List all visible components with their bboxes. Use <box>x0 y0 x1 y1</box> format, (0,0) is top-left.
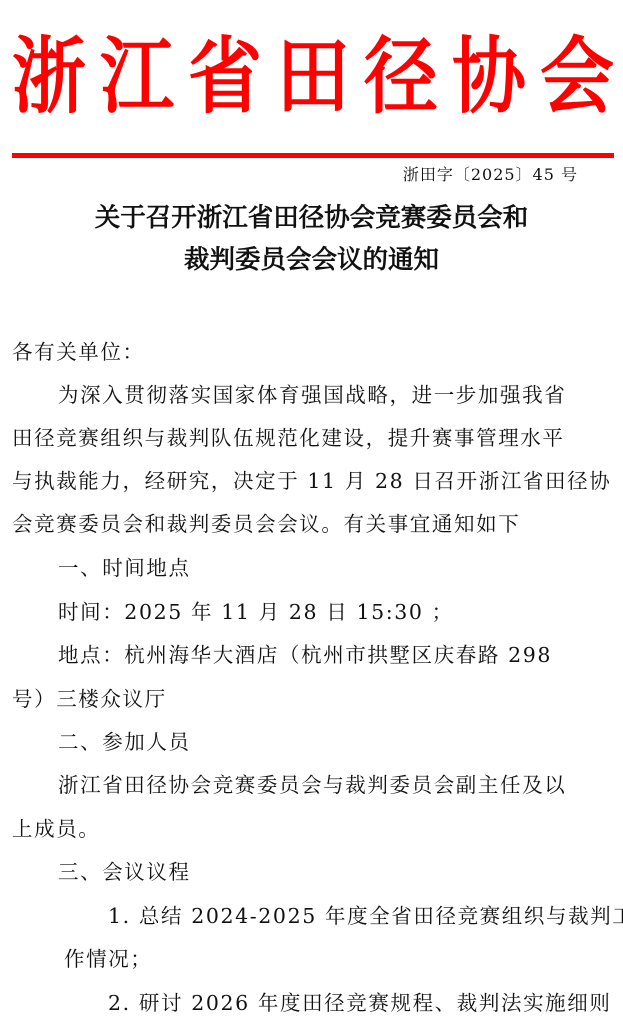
masthead-char: 田 <box>276 36 350 119</box>
document-title-line2: 裁判委员会会议的通知 <box>0 240 623 276</box>
section-heading: 二、参加人员 <box>58 725 191 755</box>
meeting-time: 时间：2025 年 11 月 28 日 15:30 ； <box>58 595 454 625</box>
document-title-line1: 关于召开浙江省田径协会竞赛委员会和 <box>0 198 623 234</box>
attendees-line-cont: 上成员。 <box>12 812 100 842</box>
section-heading: 一、时间地点 <box>58 551 191 581</box>
meeting-place-cont: 号）三楼众议厅 <box>12 682 167 712</box>
paragraph-line: 会竞赛委员会和裁判委员会会议。有关事宜通知如下 <box>12 507 520 537</box>
paragraph-line: 与执裁能力，经研究，决定于 11 月 28 日召开浙江省田径协 <box>12 464 611 494</box>
masthead-char: 浙 <box>12 36 86 119</box>
red-divider <box>12 153 614 158</box>
masthead-char: 协 <box>452 36 526 119</box>
masthead: 浙 江 省 田 径 协 会 <box>12 22 614 132</box>
agenda-item-2: 2. 研讨 2026 年度田径竞赛规程、裁判法实施细则 <box>108 986 611 1016</box>
section-heading: 三、会议议程 <box>58 855 191 885</box>
agenda-item-1: 1. 总结 2024-2025 年度全省田径竞赛组织与裁判工 <box>108 899 623 929</box>
masthead-char: 径 <box>364 36 438 119</box>
paragraph-line: 田径竞赛组织与裁判队伍规范化建设，提升赛事管理水平 <box>12 421 565 451</box>
paragraph-line: 为深入贯彻落实国家体育强国战略，进一步加强我省 <box>58 378 566 408</box>
masthead-char: 省 <box>188 36 262 119</box>
salutation: 各有关单位： <box>12 335 145 365</box>
document-number: 浙田字〔2025〕45 号 <box>403 162 578 185</box>
masthead-char: 江 <box>100 36 174 119</box>
attendees-line: 浙江省田径协会竞赛委员会与裁判委员会副主任及以 <box>58 768 566 798</box>
agenda-item-1-cont: 作情况； <box>64 942 152 972</box>
masthead-char: 会 <box>540 36 614 119</box>
meeting-place: 地点：杭州海华大酒店（杭州市拱墅区庆春路 298 <box>58 638 552 668</box>
